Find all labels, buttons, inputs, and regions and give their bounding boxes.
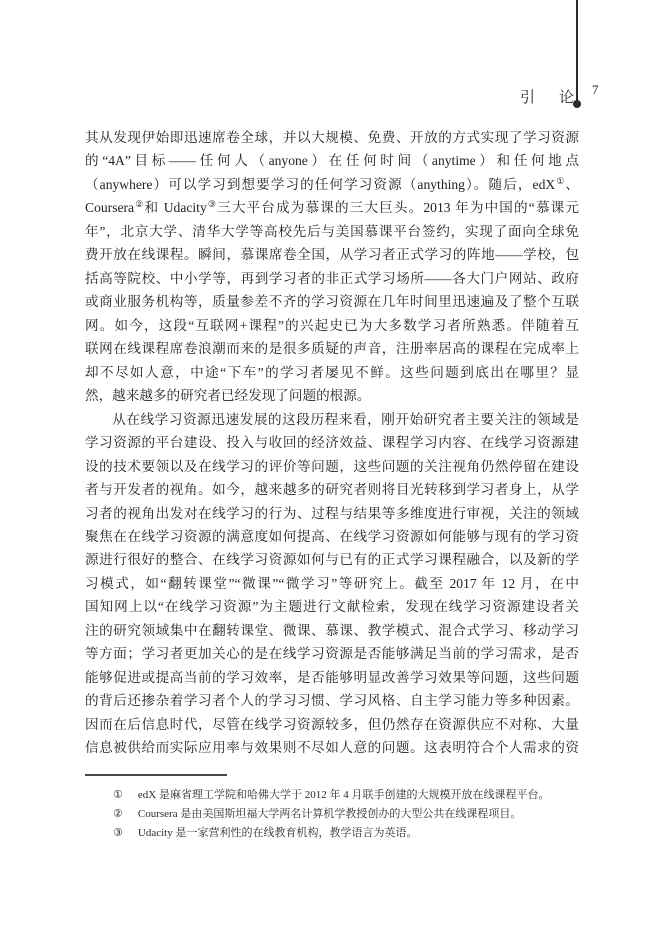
- body-line: 信息被供给而实际应用率与效果则不尽如人意的问题。这表明符合个人需求的资: [85, 736, 579, 759]
- body-line: 或商业服务机构等，质量参差不齐的学习资源在几年时间里迅速遍及了整个互联: [85, 290, 579, 313]
- body-line: 的背后还掺杂着学习者个人的学习习惯、学习风格、自主学习能力等多种因素。: [85, 689, 579, 712]
- page-number: 7: [592, 82, 599, 98]
- body-line: 因而在后信息时代，尽管在线学习资源较多，但仍然存在资源供应不对称、大量: [85, 713, 579, 736]
- body-line: 能够促进或提高当前的学习效率，是否能够明显改善学习效果等问题，这些问题: [85, 666, 579, 689]
- running-title-char: 引: [520, 90, 535, 106]
- body-line: Coursera②和 Udacity③三大平台成为慕课的三大巨头。2013 年为…: [85, 196, 579, 219]
- header-vertical-rule: [576, 0, 578, 101]
- body-line: 学习资源的平台建设、投入与收回的经济效益、课程学习内容、在线学习资源建: [85, 431, 579, 454]
- footnote-ref-1: ①: [555, 176, 565, 186]
- body-line: 联网在线课程席卷浪潮而来的是很多质疑的声音，注册率居高的课程在完成率上: [85, 337, 579, 360]
- body-line: 聚焦在在线学习资源的满意度如何提高、在线学习资源如何能够与现有的学习资: [85, 525, 579, 548]
- body-run: 和 Udacity: [144, 200, 206, 215]
- body-run: Coursera: [85, 200, 134, 215]
- body-line: 网。如今，这段“互联网+课程”的兴起史已为大多数学习者所熟悉。伴随着互: [85, 314, 579, 337]
- body-line: 括高等院校、中小学等，再到学习者的非正式学习场所——各大门户网站、政府: [85, 267, 579, 290]
- body-line: 却不尽如人意，中途“下车”的学习者屡见不鲜。这些问题到底出在哪里？显: [85, 361, 579, 384]
- book-page: 引论 7 其从发现伊始即迅速席卷全球，并以大规模、免费、开放的方式实现了学习资源…: [0, 0, 661, 925]
- running-header-title: 引论: [520, 90, 574, 107]
- body-line: 设的技术要领以及在线学习的评价等问题，这些问题的关注视角仍然停留在建设: [85, 455, 579, 478]
- footnote-marker: ①: [113, 786, 123, 805]
- footnote-text: Coursera 是由美国斯坦福大学两名计算机学教授创办的大型公共在线课程项目。: [138, 805, 579, 824]
- body-line: 等方面；学习者更加关心的是在线学习资源是否能够满足当前的学习需求，是否: [85, 642, 579, 665]
- header-dot-icon: [573, 100, 581, 108]
- footnote-item: ① edX 是麻省理工学院和哈佛大学于 2012 年 4 月联手创建的大规模开放…: [85, 786, 579, 805]
- footnote-ref-3: ③: [207, 199, 217, 209]
- footnote-marker: ②: [113, 805, 123, 824]
- footnote-text: edX 是麻省理工学院和哈佛大学于 2012 年 4 月联手创建的大规模开放在线…: [138, 786, 579, 805]
- footnote-item: ② Coursera 是由美国斯坦福大学两名计算机学教授创办的大型公共在线课程项…: [85, 805, 579, 824]
- footnote-divider: [85, 774, 227, 776]
- running-title-char: 论: [559, 90, 574, 106]
- body-line: 然，越来越多的研究者已经发现了问题的根源。: [85, 384, 579, 407]
- body-line: （anywhere）可以学习到想要学习的任何学习资源（anything）。随后，…: [85, 173, 579, 196]
- body-line: 费开放在线课程。瞬间，慕课席卷全国，从学习者正式学习的阵地——学校，包: [85, 243, 579, 266]
- body-run: （anywhere）可以学习到想要学习的任何学习资源（anything）。随后，…: [85, 177, 555, 192]
- footnotes-block: ① edX 是麻省理工学院和哈佛大学于 2012 年 4 月联手创建的大规模开放…: [85, 786, 579, 842]
- body-line: 者与开发者的视角。如今，越来越多的研究者则将目光转移到学习者身上，从学: [85, 478, 579, 501]
- body-run: 三大平台成为慕课的三大巨头。2013 年为中国的“慕课元: [217, 200, 579, 215]
- body-line: 注的研究领域集中在翻转课堂、微课、慕课、教学模式、混合式学习、移动学习: [85, 619, 579, 642]
- footnote-ref-2: ②: [134, 199, 144, 209]
- body-line: 从在线学习资源迅速发展的这段历程来看，刚开始研究者主要关注的领域是: [85, 408, 579, 431]
- footnote-item: ③ Udacity 是一家营利性的在线教育机构，教学语言为英语。: [85, 824, 579, 843]
- body-run: 、: [565, 177, 579, 192]
- body-line: 年”，北京大学、清华大学等高校先后与美国慕课平台签约，实现了面向全球免: [85, 220, 579, 243]
- footnote-text: Udacity 是一家营利性的在线教育机构，教学语言为英语。: [138, 824, 579, 843]
- body-line: 其从发现伊始即迅速席卷全球，并以大规模、免费、开放的方式实现了学习资源: [85, 126, 579, 149]
- body-line: 的“4A”目标——任何人（anyone）在任何时间（anytime）和任何地点: [85, 149, 579, 172]
- footnote-marker: ③: [113, 824, 123, 843]
- body-text-block: 其从发现伊始即迅速席卷全球，并以大规模、免费、开放的方式实现了学习资源 的“4A…: [85, 126, 579, 760]
- body-line: 源进行很好的整合、在线学习资源如何与已有的正式学习课程融合，以及新的学: [85, 548, 579, 571]
- body-line: 习模式，如“翻转课堂”“微课”“微学习”等研究上。截至 2017 年 12 月，…: [85, 572, 579, 595]
- body-line: 国知网上以“在线学习资源”为主题进行文献检索，发现在线学习资源建设者关: [85, 595, 579, 618]
- body-line: 习者的视角出发对在线学习的行为、过程与结果等多维度进行审视，关注的领域: [85, 502, 579, 525]
